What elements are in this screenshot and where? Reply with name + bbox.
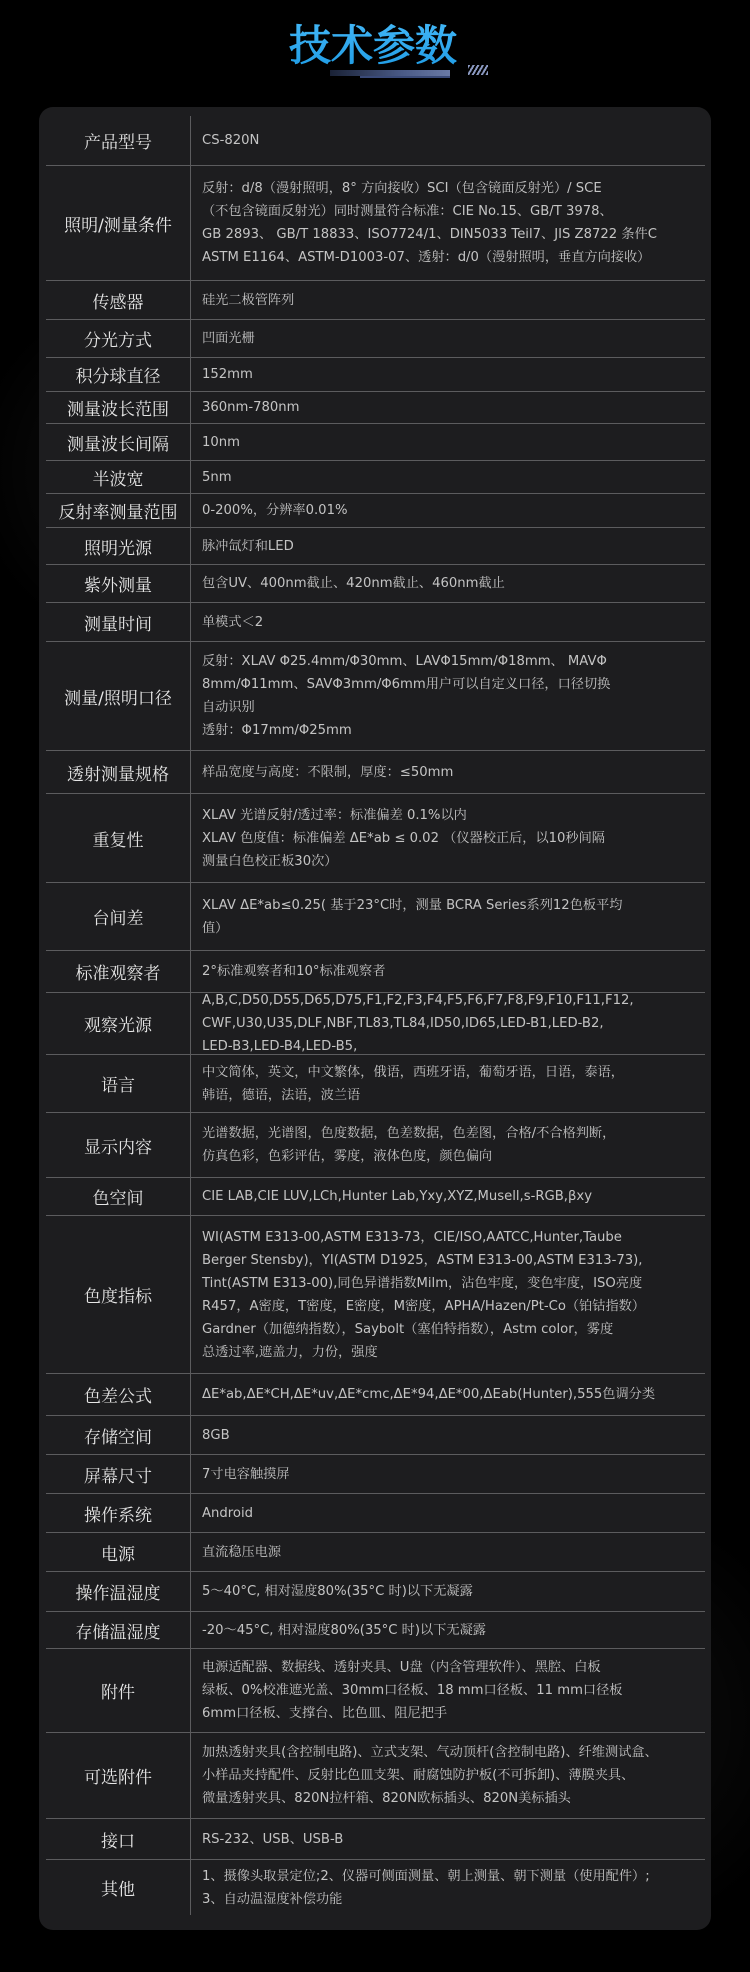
spec-row: 测量/照明口径反射：XLAV Φ25.4mm/Φ30mm、LAVΦ15mm/Φ1… <box>46 642 705 751</box>
spec-value: CIE LAB,CIE LUV,LCh,Hunter Lab,Yxy,XYZ,M… <box>191 1178 705 1215</box>
spec-label: 语言 <box>46 1055 191 1112</box>
spec-row: 显示内容光谱数据，光谱图，色度数据，色差数据，色差图，合格/不合格判断， 仿真色… <box>46 1113 705 1178</box>
spec-value-text: ΔE*ab,ΔE*CH,ΔE*uv,ΔE*cmc,ΔE*94,ΔE*00,ΔEa… <box>202 1383 655 1406</box>
spec-row: 紫外测量包含UV、400nm截止、420nm截止、460nm截止 <box>46 565 705 603</box>
spec-label: 测量波长间隔 <box>46 424 191 460</box>
spec-label: 屏幕尺寸 <box>46 1455 191 1493</box>
spec-value-text: 反射：d/8（漫射照明，8° 方向接收）SCI（包含镜面反射光）/ SCE （不… <box>202 177 657 269</box>
spec-label: 存储温湿度 <box>46 1612 191 1648</box>
title-underline-accent <box>360 76 450 78</box>
spec-value: 0-200%，分辨率0.01% <box>191 494 705 527</box>
spec-value: 电源适配器、数据线、透射夹具、U盘（内含管理软件）、黑腔、白板 绿板、0%校准遮… <box>191 1649 705 1732</box>
spec-row: 台间差XLAV ΔE*ab≤0.25( 基于23°C时，测量 BCRA Seri… <box>46 883 705 951</box>
spec-value: 360nm-780nm <box>191 392 705 423</box>
spec-row: 色空间CIE LAB,CIE LUV,LCh,Hunter Lab,Yxy,XY… <box>46 1178 705 1216</box>
spec-row: 透射测量规格样品宽度与高度：不限制，厚度：≤50mm <box>46 751 705 794</box>
spec-label: 接口 <box>46 1819 191 1859</box>
spec-value: -20～45°C, 相对湿度80%(35°C 时)以下无凝露 <box>191 1612 705 1648</box>
spec-value-text: XLAV 光谱反射/透过率：标准偏差 0.1%以内 XLAV 色度值：标准偏差 … <box>202 804 605 873</box>
spec-value-text: 电源适配器、数据线、透射夹具、U盘（内含管理软件）、黑腔、白板 绿板、0%校准遮… <box>202 1656 622 1725</box>
spec-value-text: 1、摄像头取景定位;2、仪器可侧面测量、朝上测量、朝下测量（使用配件）; 3、自… <box>202 1865 650 1911</box>
spec-value-text: 360nm-780nm <box>202 396 300 419</box>
spec-value-text: 加热透射夹具(含控制电路)、立式支架、气动顶杆(含控制电路)、纤维测试盒、 小样… <box>202 1741 658 1810</box>
spec-value-text: 包含UV、400nm截止、420nm截止、460nm截止 <box>202 572 505 595</box>
spec-value: 7寸电容触摸屏 <box>191 1455 705 1493</box>
spec-row: 其他1、摄像头取景定位;2、仪器可侧面测量、朝上测量、朝下测量（使用配件）; 3… <box>46 1860 705 1915</box>
spec-value-text: CS-820N <box>202 129 259 152</box>
spec-label: 操作系统 <box>46 1494 191 1532</box>
spec-value: 加热透射夹具(含控制电路)、立式支架、气动顶杆(含控制电路)、纤维测试盒、 小样… <box>191 1733 705 1818</box>
spec-label: 附件 <box>46 1649 191 1732</box>
spec-value-text: -20～45°C, 相对湿度80%(35°C 时)以下无凝露 <box>202 1619 486 1642</box>
spec-row: 积分球直径152mm <box>46 358 705 392</box>
spec-label: 重复性 <box>46 794 191 882</box>
spec-value: 5～40°C, 相对湿度80%(35°C 时)以下无凝露 <box>191 1572 705 1611</box>
spec-row: 标准观察者2°标准观察者和10°标准观察者 <box>46 951 705 993</box>
spec-value-text: CIE LAB,CIE LUV,LCh,Hunter Lab,Yxy,XYZ,M… <box>202 1185 592 1208</box>
spec-value-text: 8GB <box>202 1424 230 1447</box>
spec-value-text: 样品宽度与高度：不限制，厚度：≤50mm <box>202 761 453 784</box>
spec-value-text: 反射：XLAV Φ25.4mm/Φ30mm、LAVΦ15mm/Φ18mm、 MA… <box>202 650 610 742</box>
spec-row: 产品型号CS-820N <box>46 116 705 166</box>
spec-label: 其他 <box>46 1860 191 1915</box>
spec-value: 包含UV、400nm截止、420nm截止、460nm截止 <box>191 565 705 602</box>
spec-row: 色度指标WI(ASTM E313-00,ASTM E313-73，CIE/ISO… <box>46 1216 705 1374</box>
spec-value-text: 2°标准观察者和10°标准观察者 <box>202 960 385 983</box>
spec-value-text: A,B,C,D50,D55,D65,D75,F1,F2,F3,F4,F5,F6,… <box>202 989 634 1058</box>
spec-label: 紫外测量 <box>46 565 191 602</box>
spec-label: 观察光源 <box>46 993 191 1054</box>
spec-row: 接口RS-232、USB、USB-B <box>46 1819 705 1860</box>
spec-label: 反射率测量范围 <box>46 494 191 527</box>
spec-table: 产品型号CS-820N照明/测量条件反射：d/8（漫射照明，8° 方向接收）SC… <box>46 116 705 1915</box>
spec-label: 测量时间 <box>46 603 191 641</box>
spec-label: 积分球直径 <box>46 358 191 391</box>
spec-value: 10nm <box>191 424 705 460</box>
title-stripes-decoration <box>468 65 488 75</box>
spec-value: 硅光二极管阵列 <box>191 281 705 319</box>
spec-row: 重复性XLAV 光谱反射/透过率：标准偏差 0.1%以内 XLAV 色度值：标准… <box>46 794 705 883</box>
spec-value: ΔE*ab,ΔE*CH,ΔE*uv,ΔE*cmc,ΔE*94,ΔE*00,ΔEa… <box>191 1374 705 1415</box>
spec-value-text: 5nm <box>202 466 232 489</box>
spec-value: 脉冲氙灯和LED <box>191 528 705 564</box>
spec-value: 8GB <box>191 1416 705 1454</box>
spec-row: 测量波长间隔10nm <box>46 424 705 461</box>
spec-label: 标准观察者 <box>46 951 191 992</box>
spec-row: 反射率测量范围0-200%，分辨率0.01% <box>46 494 705 528</box>
spec-value: 2°标准观察者和10°标准观察者 <box>191 951 705 992</box>
spec-value: 凹面光栅 <box>191 320 705 357</box>
spec-row: 语言中文简体，英文，中文繁体，俄语，西班牙语，葡萄牙语，日语，泰语， 韩语，德语… <box>46 1055 705 1113</box>
spec-row: 操作温湿度5～40°C, 相对湿度80%(35°C 时)以下无凝露 <box>46 1572 705 1612</box>
spec-label: 台间差 <box>46 883 191 950</box>
spec-value-text: 7寸电容触摸屏 <box>202 1463 290 1486</box>
spec-value-text: 中文简体，英文，中文繁体，俄语，西班牙语，葡萄牙语，日语，泰语， 韩语，德语，法… <box>202 1061 624 1107</box>
spec-label: 色差公式 <box>46 1374 191 1415</box>
spec-label: 色空间 <box>46 1178 191 1215</box>
spec-row: 测量波长范围360nm-780nm <box>46 392 705 424</box>
spec-label: 传感器 <box>46 281 191 319</box>
spec-row: 色差公式ΔE*ab,ΔE*CH,ΔE*uv,ΔE*cmc,ΔE*94,ΔE*00… <box>46 1374 705 1416</box>
spec-value-text: 光谱数据，光谱图，色度数据，色差数据，色差图，合格/不合格判断， 仿真色彩，色彩… <box>202 1122 615 1168</box>
spec-value-text: 直流稳压电源 <box>202 1541 281 1564</box>
spec-label: 测量/照明口径 <box>46 642 191 750</box>
spec-label: 透射测量规格 <box>46 751 191 793</box>
page-title: 技术参数 <box>289 20 461 72</box>
spec-row: 测量时间单模式＜2 <box>46 603 705 642</box>
spec-value: WI(ASTM E313-00,ASTM E313-73，CIE/ISO,AAT… <box>191 1216 705 1373</box>
spec-value: XLAV 光谱反射/透过率：标准偏差 0.1%以内 XLAV 色度值：标准偏差 … <box>191 794 705 882</box>
spec-label: 电源 <box>46 1533 191 1571</box>
spec-row: 屏幕尺寸7寸电容触摸屏 <box>46 1455 705 1494</box>
spec-label: 产品型号 <box>46 116 191 165</box>
spec-value-text: Android <box>202 1502 253 1525</box>
spec-row: 照明光源脉冲氙灯和LED <box>46 528 705 565</box>
spec-label: 色度指标 <box>46 1216 191 1373</box>
spec-value: Android <box>191 1494 705 1532</box>
spec-row: 存储温湿度-20～45°C, 相对湿度80%(35°C 时)以下无凝露 <box>46 1612 705 1649</box>
spec-row: 分光方式凹面光栅 <box>46 320 705 358</box>
spec-label: 照明/测量条件 <box>46 166 191 280</box>
spec-value-text: 5～40°C, 相对湿度80%(35°C 时)以下无凝露 <box>202 1580 473 1603</box>
spec-value-text: WI(ASTM E313-00,ASTM E313-73，CIE/ISO,AAT… <box>202 1226 645 1364</box>
spec-value: 5nm <box>191 461 705 493</box>
spec-row: 电源直流稳压电源 <box>46 1533 705 1572</box>
spec-value-text: 10nm <box>202 431 240 454</box>
spec-value: 1、摄像头取景定位;2、仪器可侧面测量、朝上测量、朝下测量（使用配件）; 3、自… <box>191 1860 705 1915</box>
spec-value-text: 单模式＜2 <box>202 611 263 634</box>
spec-value-text: 152mm <box>202 363 253 386</box>
spec-value-text: 0-200%，分辨率0.01% <box>202 499 348 522</box>
spec-row: 附件电源适配器、数据线、透射夹具、U盘（内含管理软件）、黑腔、白板 绿板、0%校… <box>46 1649 705 1733</box>
spec-label: 操作温湿度 <box>46 1572 191 1611</box>
spec-row: 观察光源A,B,C,D50,D55,D65,D75,F1,F2,F3,F4,F5… <box>46 993 705 1055</box>
spec-value: RS-232、USB、USB-B <box>191 1819 705 1859</box>
spec-row: 存储空间8GB <box>46 1416 705 1455</box>
spec-row: 传感器硅光二极管阵列 <box>46 281 705 320</box>
spec-label: 照明光源 <box>46 528 191 564</box>
spec-value-text: XLAV ΔE*ab≤0.25( 基于23°C时，测量 BCRA Series系… <box>202 894 622 940</box>
spec-value: 反射：XLAV Φ25.4mm/Φ30mm、LAVΦ15mm/Φ18mm、 MA… <box>191 642 705 750</box>
spec-label: 分光方式 <box>46 320 191 357</box>
spec-value: 中文简体，英文，中文繁体，俄语，西班牙语，葡萄牙语，日语，泰语， 韩语，德语，法… <box>191 1055 705 1112</box>
spec-row: 操作系统Android <box>46 1494 705 1533</box>
spec-value: A,B,C,D50,D55,D65,D75,F1,F2,F3,F4,F5,F6,… <box>191 993 705 1054</box>
spec-label: 可选附件 <box>46 1733 191 1818</box>
spec-value: 光谱数据，光谱图，色度数据，色差数据，色差图，合格/不合格判断， 仿真色彩，色彩… <box>191 1113 705 1177</box>
spec-label: 半波宽 <box>46 461 191 493</box>
spec-row: 半波宽5nm <box>46 461 705 494</box>
spec-value: 单模式＜2 <box>191 603 705 641</box>
spec-value: CS-820N <box>191 116 705 165</box>
spec-value-text: 脉冲氙灯和LED <box>202 535 294 558</box>
spec-value: 反射：d/8（漫射照明，8° 方向接收）SCI（包含镜面反射光）/ SCE （不… <box>191 166 705 280</box>
spec-value: 样品宽度与高度：不限制，厚度：≤50mm <box>191 751 705 793</box>
spec-row: 照明/测量条件反射：d/8（漫射照明，8° 方向接收）SCI（包含镜面反射光）/… <box>46 166 705 281</box>
spec-value-text: RS-232、USB、USB-B <box>202 1828 343 1851</box>
spec-value: XLAV ΔE*ab≤0.25( 基于23°C时，测量 BCRA Series系… <box>191 883 705 950</box>
spec-value-text: 硅光二极管阵列 <box>202 289 294 312</box>
spec-value: 直流稳压电源 <box>191 1533 705 1571</box>
spec-label: 存储空间 <box>46 1416 191 1454</box>
spec-label: 显示内容 <box>46 1113 191 1177</box>
page-header: 技术参数 <box>0 20 750 80</box>
spec-card: 产品型号CS-820N照明/测量条件反射：d/8（漫射照明，8° 方向接收）SC… <box>39 107 711 1930</box>
spec-label: 测量波长范围 <box>46 392 191 423</box>
spec-value-text: 凹面光栅 <box>202 327 255 350</box>
spec-row: 可选附件加热透射夹具(含控制电路)、立式支架、气动顶杆(含控制电路)、纤维测试盒… <box>46 1733 705 1819</box>
spec-value: 152mm <box>191 358 705 391</box>
